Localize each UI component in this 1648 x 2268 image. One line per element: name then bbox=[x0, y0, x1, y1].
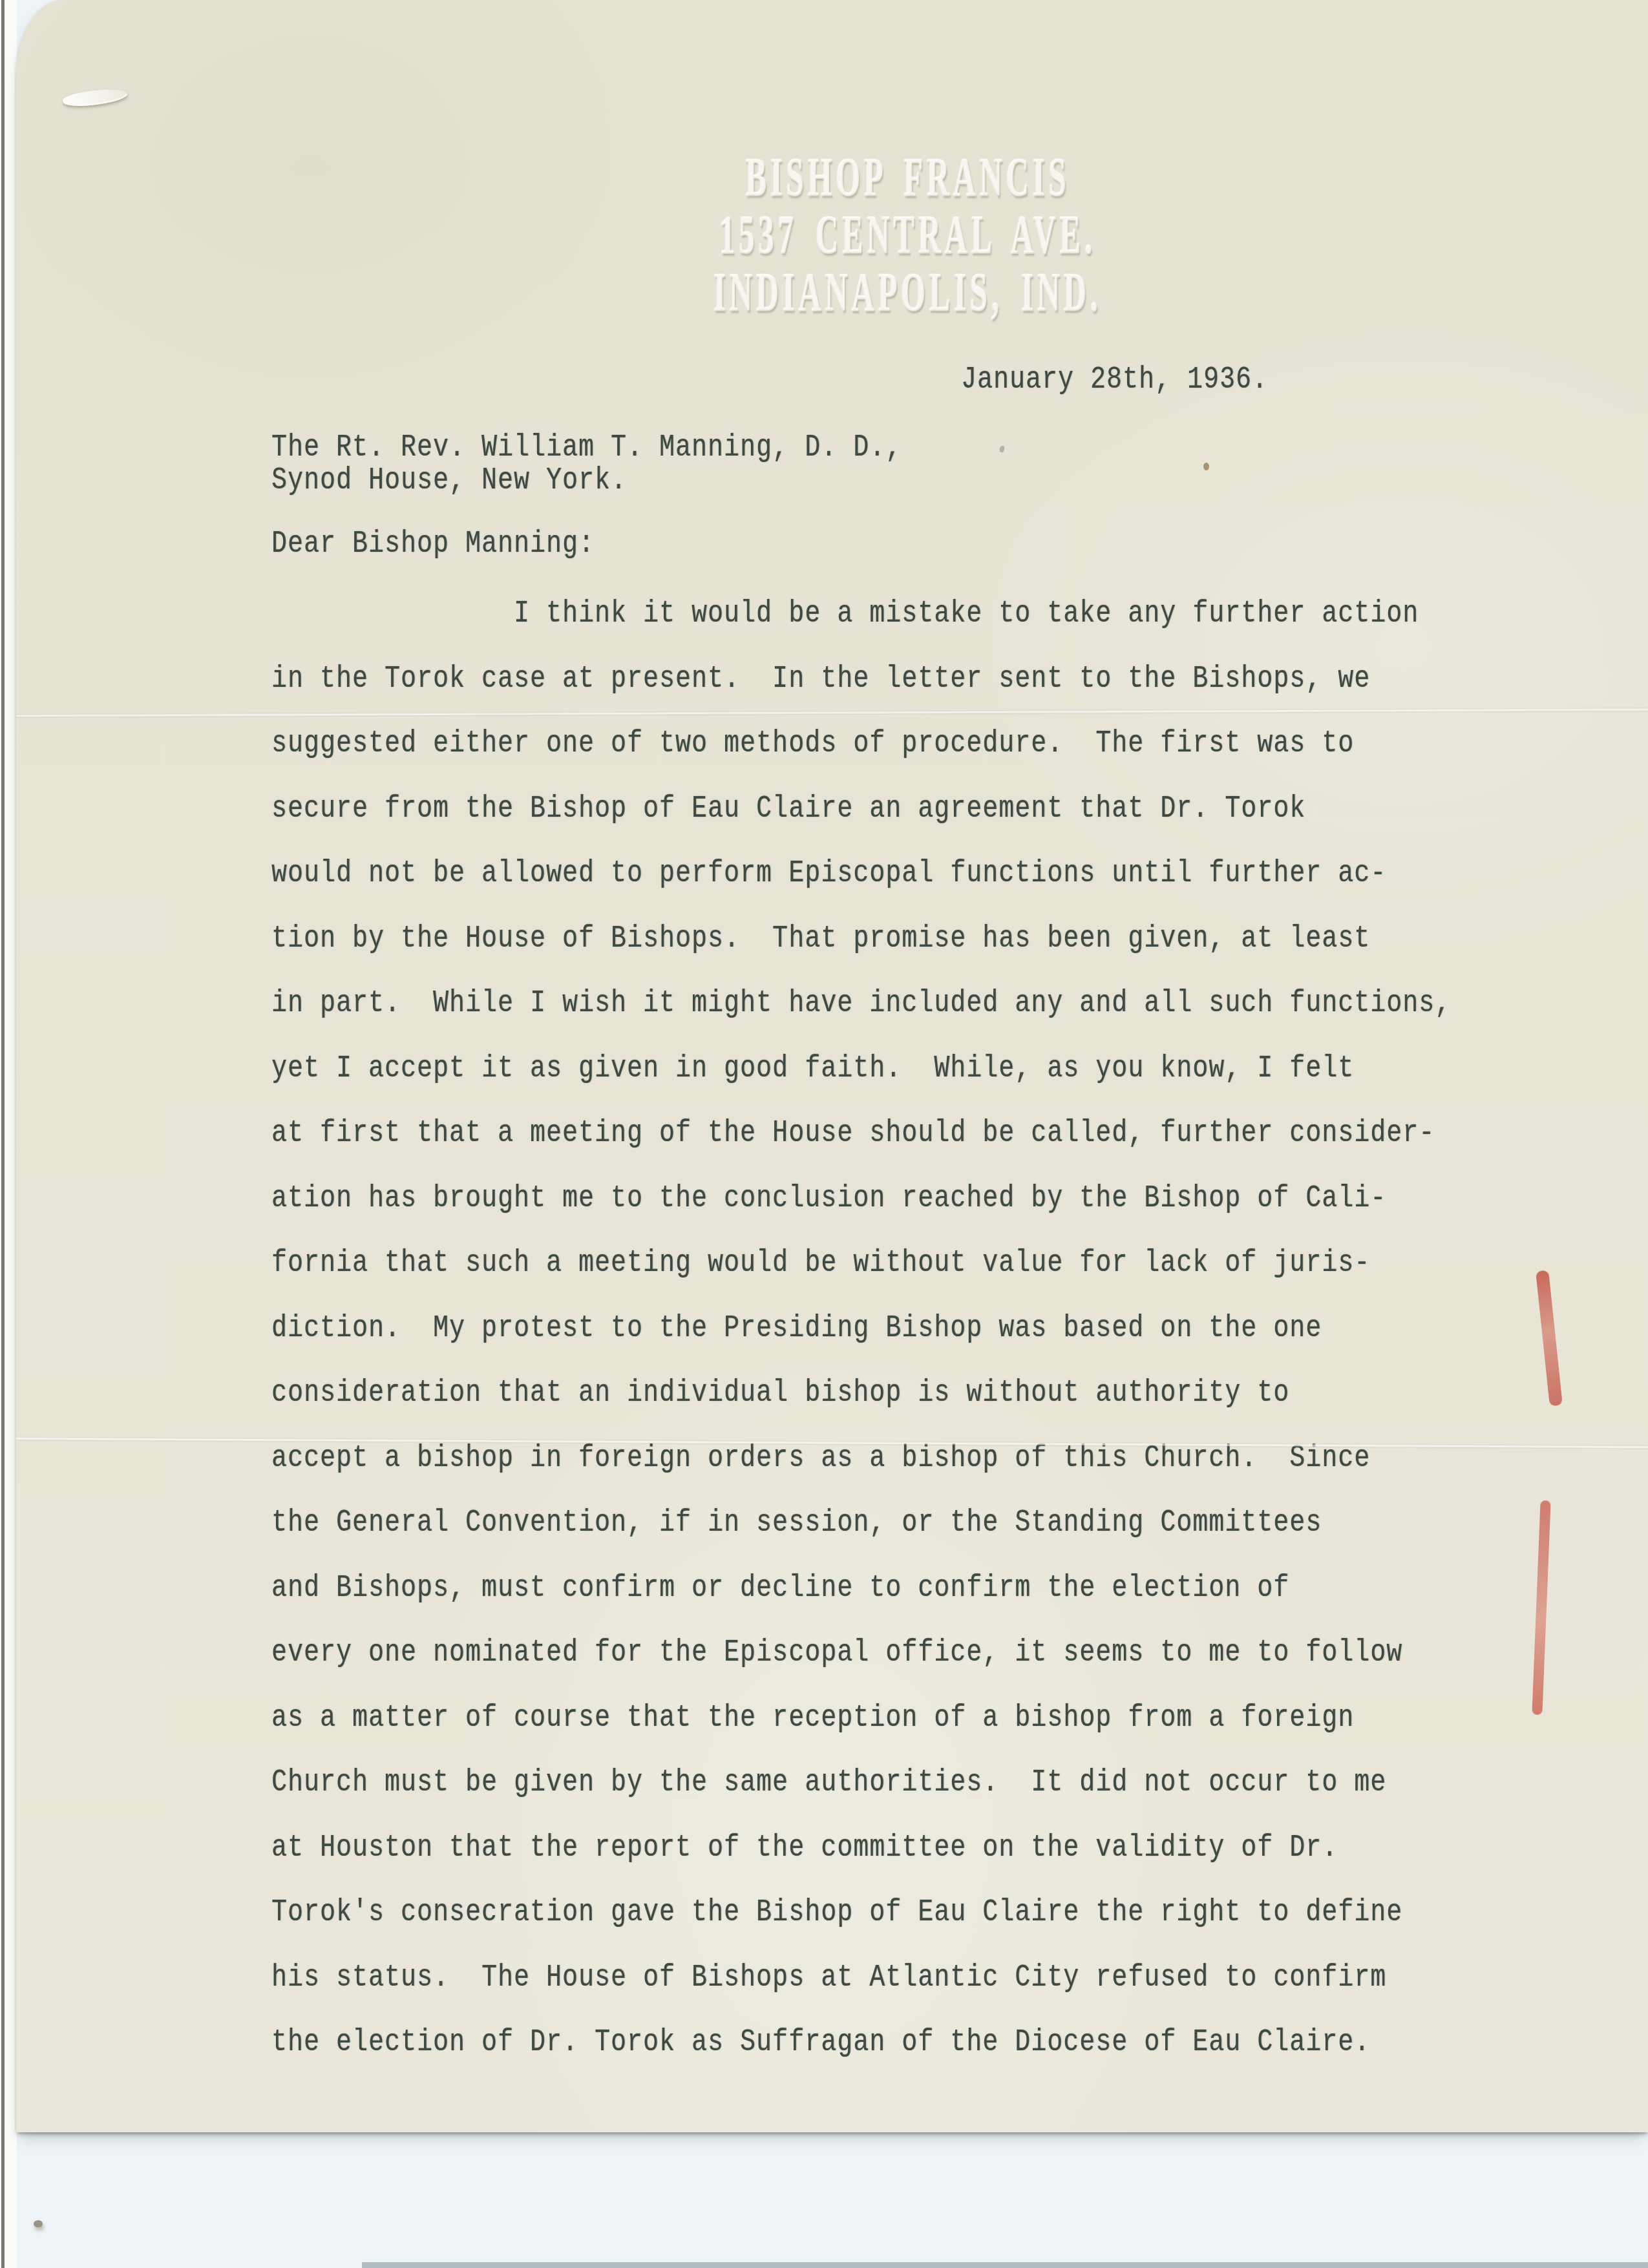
scanner-edge-line bbox=[1, 0, 5, 2268]
paper-speck-brown bbox=[1203, 463, 1209, 470]
letterhead-city: INDIANAPOLIS, IND. bbox=[710, 265, 1107, 322]
paper-crease-tear bbox=[62, 87, 128, 109]
letterhead-street: 1537 CENTRAL AVE. bbox=[710, 207, 1107, 265]
paper-speck-gray bbox=[999, 445, 1005, 452]
red-pencil-mark-upper bbox=[1536, 1270, 1563, 1407]
dust-speck bbox=[34, 2220, 43, 2227]
scanner-bottom-edge bbox=[362, 2262, 1648, 2268]
date-line: January 28th, 1936. bbox=[961, 362, 1268, 400]
salutation: Dear Bishop Manning: bbox=[271, 526, 595, 564]
letter-body: I think it would be a mistake to take an… bbox=[271, 582, 1451, 2076]
letterhead-name: BISHOP FRANCIS bbox=[710, 150, 1107, 207]
body-line: the election of Dr. Torok as Suffragan o… bbox=[271, 2005, 1451, 2082]
recipient-line: Synod House, New York. bbox=[271, 461, 902, 500]
red-pencil-mark-lower bbox=[1532, 1500, 1550, 1715]
letter-paper: BISHOP FRANCIS 1537 CENTRAL AVE. INDIANA… bbox=[16, 0, 1648, 2132]
recipient-address: The Rt. Rev. William T. Manning, D. D.,S… bbox=[271, 432, 902, 498]
embossed-letterhead: BISHOP FRANCIS 1537 CENTRAL AVE. INDIANA… bbox=[710, 150, 1107, 322]
scanned-letter-page: { "letterhead": { "line1": "BISHOP FRANC… bbox=[0, 0, 1648, 2268]
